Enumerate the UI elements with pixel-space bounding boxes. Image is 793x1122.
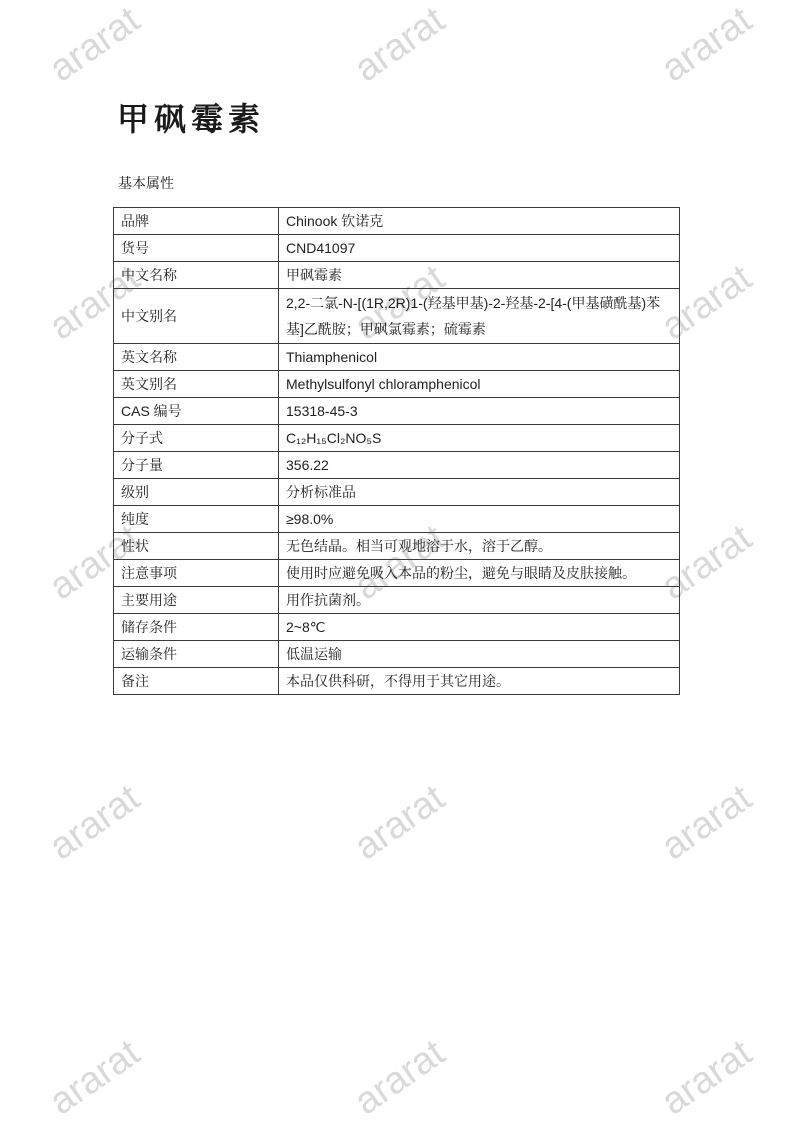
property-label: 英文名称 bbox=[114, 344, 279, 371]
properties-table: 品牌 Chinook 钦诺克 货号 CND41097 中文名称 甲砜霉素 中文别… bbox=[113, 207, 680, 695]
table-row: 运输条件 低温运输 bbox=[114, 641, 680, 668]
property-value: 甲砜霉素 bbox=[279, 262, 680, 289]
property-value: Methylsulfonyl chloramphenicol bbox=[279, 371, 680, 398]
property-label: 中文别名 bbox=[114, 289, 279, 344]
table-row: CAS 编号 15318-45-3 bbox=[114, 398, 680, 425]
property-label: 中文名称 bbox=[114, 262, 279, 289]
table-row: 中文名称 甲砜霉素 bbox=[114, 262, 680, 289]
property-label: 纯度 bbox=[114, 506, 279, 533]
property-label: 性状 bbox=[114, 533, 279, 560]
property-value: Thiamphenicol bbox=[279, 344, 680, 371]
property-label: 货号 bbox=[114, 235, 279, 262]
table-row: 货号 CND41097 bbox=[114, 235, 680, 262]
table-row: 品牌 Chinook 钦诺克 bbox=[114, 208, 680, 235]
section-heading: 基本属性 bbox=[118, 173, 174, 193]
property-label: 英文别名 bbox=[114, 371, 279, 398]
property-label: 级别 bbox=[114, 479, 279, 506]
property-value: 2~8℃ bbox=[279, 614, 680, 641]
table-row: 级别 分析标准品 bbox=[114, 479, 680, 506]
property-value: 356.22 bbox=[279, 452, 680, 479]
property-label: 备注 bbox=[114, 668, 279, 695]
property-value: 分析标准品 bbox=[279, 479, 680, 506]
table-row: 英文名称 Thiamphenicol bbox=[114, 344, 680, 371]
table-row: 备注 本品仅供科研，不得用于其它用途。 bbox=[114, 668, 680, 695]
property-label: CAS 编号 bbox=[114, 398, 279, 425]
table-row: 英文别名 Methylsulfonyl chloramphenicol bbox=[114, 371, 680, 398]
property-label: 注意事项 bbox=[114, 560, 279, 587]
property-value: 15318-45-3 bbox=[279, 398, 680, 425]
property-value: 用作抗菌剂。 bbox=[279, 587, 680, 614]
property-label: 分子量 bbox=[114, 452, 279, 479]
property-value: 本品仅供科研，不得用于其它用途。 bbox=[279, 668, 680, 695]
table-row: 主要用途 用作抗菌剂。 bbox=[114, 587, 680, 614]
property-value: C₁₂H₁₅Cl₂NO₅S bbox=[279, 425, 680, 452]
property-value: 使用时应避免吸入本品的粉尘，避免与眼睛及皮肤接触。 bbox=[279, 560, 680, 587]
document-page: 甲砜霉素 基本属性 品牌 Chinook 钦诺克 货号 CND41097 中文名… bbox=[0, 0, 793, 1122]
property-label: 储存条件 bbox=[114, 614, 279, 641]
table-row: 分子量 356.22 bbox=[114, 452, 680, 479]
table-row: 储存条件 2~8℃ bbox=[114, 614, 680, 641]
property-label: 分子式 bbox=[114, 425, 279, 452]
property-label: 运输条件 bbox=[114, 641, 279, 668]
property-value: Chinook 钦诺克 bbox=[279, 208, 680, 235]
property-value: CND41097 bbox=[279, 235, 680, 262]
page-title: 甲砜霉素 bbox=[117, 100, 265, 138]
property-label: 品牌 bbox=[114, 208, 279, 235]
table-row: 纯度 ≥98.0% bbox=[114, 506, 680, 533]
property-value: 无色结晶。相当可观地溶于水，溶于乙醇。 bbox=[279, 533, 680, 560]
property-value: ≥98.0% bbox=[279, 506, 680, 533]
table-row: 注意事项 使用时应避免吸入本品的粉尘，避免与眼睛及皮肤接触。 bbox=[114, 560, 680, 587]
property-value: 2,2-二氯-N-[(1R,2R)1-(羟基甲基)-2-羟基-2-[4-(甲基磺… bbox=[279, 289, 680, 344]
property-label: 主要用途 bbox=[114, 587, 279, 614]
table-row: 性状 无色结晶。相当可观地溶于水，溶于乙醇。 bbox=[114, 533, 680, 560]
property-value: 低温运输 bbox=[279, 641, 680, 668]
table-row: 中文别名 2,2-二氯-N-[(1R,2R)1-(羟基甲基)-2-羟基-2-[4… bbox=[114, 289, 680, 344]
table-row: 分子式 C₁₂H₁₅Cl₂NO₅S bbox=[114, 425, 680, 452]
